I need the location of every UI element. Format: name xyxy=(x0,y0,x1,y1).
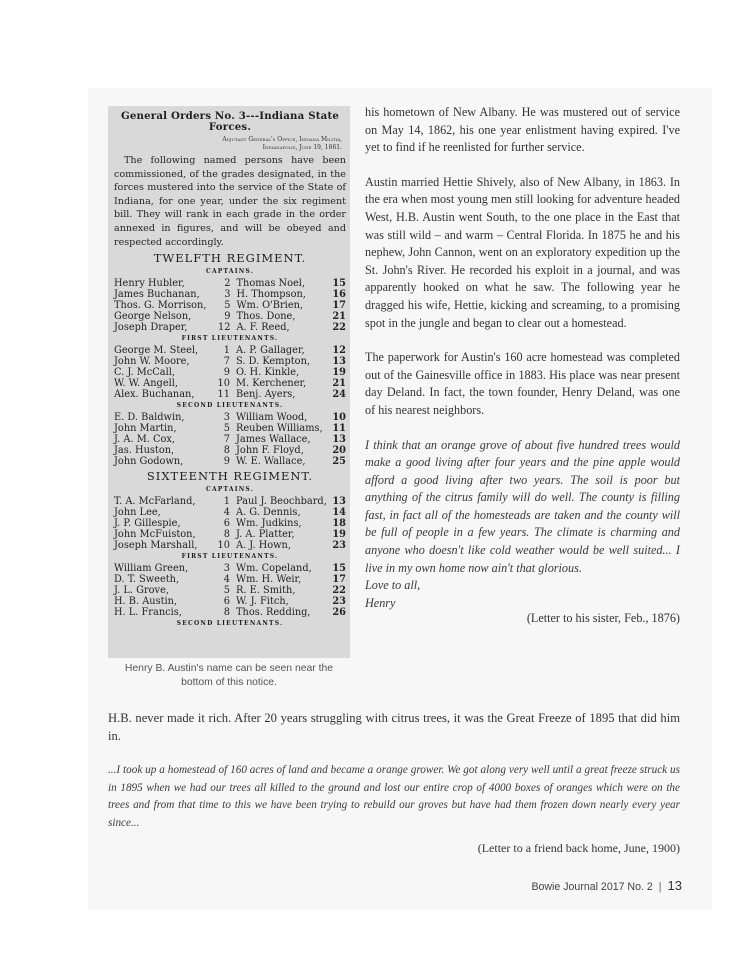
officer-name: H. Thompson, xyxy=(236,289,330,300)
roster-row: William Green,3Wm. Copeland,15 xyxy=(114,563,346,574)
rank-order: 13 xyxy=(330,434,346,445)
rank-order: 22 xyxy=(330,322,346,333)
image-caption: Henry B. Austin's name can be seen near … xyxy=(108,662,350,690)
rank-order: 3 xyxy=(206,289,236,300)
footer-separator: | xyxy=(659,881,662,893)
rank-order: 14 xyxy=(330,507,346,518)
rank-order: 25 xyxy=(330,456,346,467)
rank-order: 9 xyxy=(206,367,236,378)
roster-row: James Buchanan,3H. Thompson,16 xyxy=(114,289,346,300)
letter-attribution-2: (Letter to a friend back home, June, 190… xyxy=(108,841,680,856)
rank-order: 4 xyxy=(206,507,236,518)
roster-row: George Nelson,9Thos. Done,21 xyxy=(114,311,346,322)
officer-name: A. P. Gallager, xyxy=(236,345,330,356)
rank-order: 8 xyxy=(206,607,236,618)
roster-row: C. J. McCall,9O. H. Kinkle,19 xyxy=(114,367,346,378)
officer-name: Thos. Redding, xyxy=(236,607,330,618)
regiment-title: SIXTEENTH REGIMENT. xyxy=(114,469,346,484)
rank-order: 18 xyxy=(330,518,346,529)
officer-name: A. F. Reed, xyxy=(236,322,330,333)
officer-name: W. E. Wallace, xyxy=(236,456,330,467)
rank-heading: SECOND LIEUTENANTS. xyxy=(114,619,346,629)
officer-name: Henry Hubler, xyxy=(114,278,206,289)
officer-name: R. E. Smith, xyxy=(236,585,330,596)
officer-name: C. J. McCall, xyxy=(114,367,206,378)
newspaper-clipping: General Orders No. 3---Indiana State For… xyxy=(108,106,350,658)
rank-order: 21 xyxy=(330,378,346,389)
publication-name: Bowie Journal 2017 No. 2 xyxy=(531,881,652,893)
letter-attribution: (Letter to his sister, Feb., 1876) xyxy=(365,610,680,628)
officer-name: H. B. Austin, xyxy=(114,596,206,607)
roster-row: Joseph Draper,12A. F. Reed,22 xyxy=(114,322,346,333)
officer-name: T. A. McFarland, xyxy=(114,496,206,507)
clipping-body: The following named persons have been co… xyxy=(114,154,346,249)
rank-order: 6 xyxy=(206,518,236,529)
officer-name: Thos. Done, xyxy=(236,311,330,322)
officer-name: Alex. Buchanan, xyxy=(114,389,206,400)
rank-order: 22 xyxy=(330,585,346,596)
officer-name: John Lee, xyxy=(114,507,206,518)
officer-name: J. A. M. Cox, xyxy=(114,434,206,445)
rank-order: 8 xyxy=(206,445,236,456)
officer-name: John Godown, xyxy=(114,456,206,467)
rank-order: 24 xyxy=(330,389,346,400)
paragraph: The paperwork for Austin's 160 acre home… xyxy=(365,349,680,419)
rank-order: 6 xyxy=(206,596,236,607)
officer-name: Wm. H. Weir, xyxy=(236,574,330,585)
rank-order: 13 xyxy=(330,496,346,507)
rank-heading: CAPTAINS. xyxy=(114,485,346,495)
officer-name: D. T. Sweeth, xyxy=(114,574,206,585)
officer-name: Reuben Williams, xyxy=(236,423,330,434)
officer-name: Paul J. Beochbard, xyxy=(236,496,330,507)
rank-order: 19 xyxy=(330,529,346,540)
officer-name: Thomas Noel, xyxy=(236,278,330,289)
roster-row: D. T. Sweeth,4Wm. H. Weir,17 xyxy=(114,574,346,585)
article-right-column: his hometown of New Albany. He was muste… xyxy=(365,104,680,628)
rank-order: 26 xyxy=(330,607,346,618)
roster-table: William Green,3Wm. Copeland,15D. T. Swee… xyxy=(114,563,346,618)
officer-name: H. L. Francis, xyxy=(114,607,206,618)
officer-name: J. P. Gillespie, xyxy=(114,518,206,529)
officer-name: A. J. Hown, xyxy=(236,540,330,551)
rank-order: 12 xyxy=(330,345,346,356)
rank-order: 12 xyxy=(206,322,236,333)
officer-name: E. D. Baldwin, xyxy=(114,412,206,423)
rank-order: 16 xyxy=(330,289,346,300)
officer-name: J. A. Platter, xyxy=(236,529,330,540)
officer-name: John W. Moore, xyxy=(114,356,206,367)
rank-order: 5 xyxy=(206,423,236,434)
office-line-1: Adjutant General's Office, Indiana Milit… xyxy=(114,136,342,144)
letter-quote: I think that an orange grove of about fi… xyxy=(365,437,680,578)
rank-order: 13 xyxy=(330,356,346,367)
rank-heading: FIRST LIEUTENANTS. xyxy=(114,552,346,562)
roster-row: John McFuiston,8J. A. Platter,19 xyxy=(114,529,346,540)
rank-order: 23 xyxy=(330,596,346,607)
officer-name: Benj. Ayers, xyxy=(236,389,330,400)
roster-row: John Martin,5Reuben Williams,11 xyxy=(114,423,346,434)
letter-closing: Love to all, xyxy=(365,577,680,595)
officer-name: John Martin, xyxy=(114,423,206,434)
roster-row: E. D. Baldwin,3William Wood,10 xyxy=(114,412,346,423)
officer-name: M. Kerchener, xyxy=(236,378,330,389)
roster-row: Alex. Buchanan,11Benj. Ayers,24 xyxy=(114,389,346,400)
officer-name: W. W. Angell, xyxy=(114,378,206,389)
rank-order: 19 xyxy=(330,367,346,378)
clipping-office: Adjutant General's Office, Indiana Milit… xyxy=(114,136,346,152)
rank-order: 5 xyxy=(206,300,236,311)
clipping-body-text: The following named persons have been co… xyxy=(114,154,346,249)
roster-table: Henry Hubler,2Thomas Noel,15James Buchan… xyxy=(114,278,346,333)
officer-name: Wm. Judkins, xyxy=(236,518,330,529)
rank-order: 11 xyxy=(330,423,346,434)
officer-name: James Buchanan, xyxy=(114,289,206,300)
roster-row: T. A. McFarland,1Paul J. Beochbard,13 xyxy=(114,496,346,507)
rank-heading: FIRST LIEUTENANTS. xyxy=(114,334,346,344)
rank-order: 9 xyxy=(206,456,236,467)
officer-name: William Green, xyxy=(114,563,206,574)
roster-row: John Lee,4A. G. Dennis,14 xyxy=(114,507,346,518)
officer-name: Joseph Marshall, xyxy=(114,540,206,551)
rank-order: 10 xyxy=(330,412,346,423)
rank-order: 4 xyxy=(206,574,236,585)
rank-order: 1 xyxy=(206,345,236,356)
rank-order: 23 xyxy=(330,540,346,551)
officer-name: W. J. Fitch, xyxy=(236,596,330,607)
rank-order: 5 xyxy=(206,585,236,596)
roster-row: Joseph Marshall,10A. J. Hown,23 xyxy=(114,540,346,551)
roster-row: J. L. Grove,5R. E. Smith,22 xyxy=(114,585,346,596)
officer-name: John McFuiston, xyxy=(114,529,206,540)
rank-order: 17 xyxy=(330,300,346,311)
rank-order: 3 xyxy=(206,563,236,574)
officer-name: Wm. O'Brien, xyxy=(236,300,330,311)
roster-table: T. A. McFarland,1Paul J. Beochbard,13Joh… xyxy=(114,496,346,551)
officer-name: J. L. Grove, xyxy=(114,585,206,596)
roster-row: J. P. Gillespie,6Wm. Judkins,18 xyxy=(114,518,346,529)
regiments-list: TWELFTH REGIMENT.CAPTAINS.Henry Hubler,2… xyxy=(114,251,346,629)
rank-order: 10 xyxy=(206,378,236,389)
regiment-title: TWELFTH REGIMENT. xyxy=(114,251,346,266)
rank-order: 7 xyxy=(206,356,236,367)
roster-row: H. L. Francis,8Thos. Redding,26 xyxy=(114,607,346,618)
rank-order: 21 xyxy=(330,311,346,322)
page-number: 13 xyxy=(668,878,682,893)
rank-order: 9 xyxy=(206,311,236,322)
officer-name: John F. Floyd, xyxy=(236,445,330,456)
rank-order: 1 xyxy=(206,496,236,507)
rank-order: 2 xyxy=(206,278,236,289)
rank-order: 15 xyxy=(330,563,346,574)
officer-name: Wm. Copeland, xyxy=(236,563,330,574)
rank-order: 11 xyxy=(206,389,236,400)
rank-order: 7 xyxy=(206,434,236,445)
officer-name: A. G. Dennis, xyxy=(236,507,330,518)
paragraph-full-width: H.B. never made it rich. After 20 years … xyxy=(108,710,680,745)
rank-order: 8 xyxy=(206,529,236,540)
rank-order: 10 xyxy=(206,540,236,551)
roster-row: J. A. M. Cox,7James Wallace,13 xyxy=(114,434,346,445)
officer-name: O. H. Kinkle, xyxy=(236,367,330,378)
rank-heading: SECOND LIEUTENANTS. xyxy=(114,401,346,411)
paragraph: his hometown of New Albany. He was muste… xyxy=(365,104,680,157)
paragraph: Austin married Hettie Shively, also of N… xyxy=(365,174,680,332)
officer-name: S. D. Kempton, xyxy=(236,356,330,367)
letter-quote-full-width: ...I took up a homestead of 160 acres of… xyxy=(108,762,680,832)
roster-row: Jas. Huston,8John F. Floyd,20 xyxy=(114,445,346,456)
officer-name: William Wood, xyxy=(236,412,330,423)
roster-row: John Godown,9W. E. Wallace,25 xyxy=(114,456,346,467)
roster-table: George M. Steel,1A. P. Gallager,12John W… xyxy=(114,345,346,400)
roster-row: Henry Hubler,2Thomas Noel,15 xyxy=(114,278,346,289)
roster-table: E. D. Baldwin,3William Wood,10John Marti… xyxy=(114,412,346,467)
officer-name: George M. Steel, xyxy=(114,345,206,356)
officer-name: James Wallace, xyxy=(236,434,330,445)
rank-order: 17 xyxy=(330,574,346,585)
roster-row: George M. Steel,1A. P. Gallager,12 xyxy=(114,345,346,356)
officer-name: Joseph Draper, xyxy=(114,322,206,333)
roster-row: H. B. Austin,6W. J. Fitch,23 xyxy=(114,596,346,607)
rank-heading: CAPTAINS. xyxy=(114,267,346,277)
rank-order: 20 xyxy=(330,445,346,456)
officer-name: George Nelson, xyxy=(114,311,206,322)
rank-order: 3 xyxy=(206,412,236,423)
roster-row: W. W. Angell,10M. Kerchener,21 xyxy=(114,378,346,389)
roster-row: John W. Moore,7S. D. Kempton,13 xyxy=(114,356,346,367)
clipping-title: General Orders No. 3---Indiana State For… xyxy=(114,111,346,133)
officer-name: Jas. Huston, xyxy=(114,445,206,456)
office-line-2: Indianapolis, June 19, 1861. xyxy=(114,144,342,152)
officer-name: Thos. G. Morrison, xyxy=(114,300,206,311)
rank-order: 15 xyxy=(330,278,346,289)
page-footer: Bowie Journal 2017 No. 2|13 xyxy=(531,878,682,893)
roster-row: Thos. G. Morrison,5Wm. O'Brien,17 xyxy=(114,300,346,311)
